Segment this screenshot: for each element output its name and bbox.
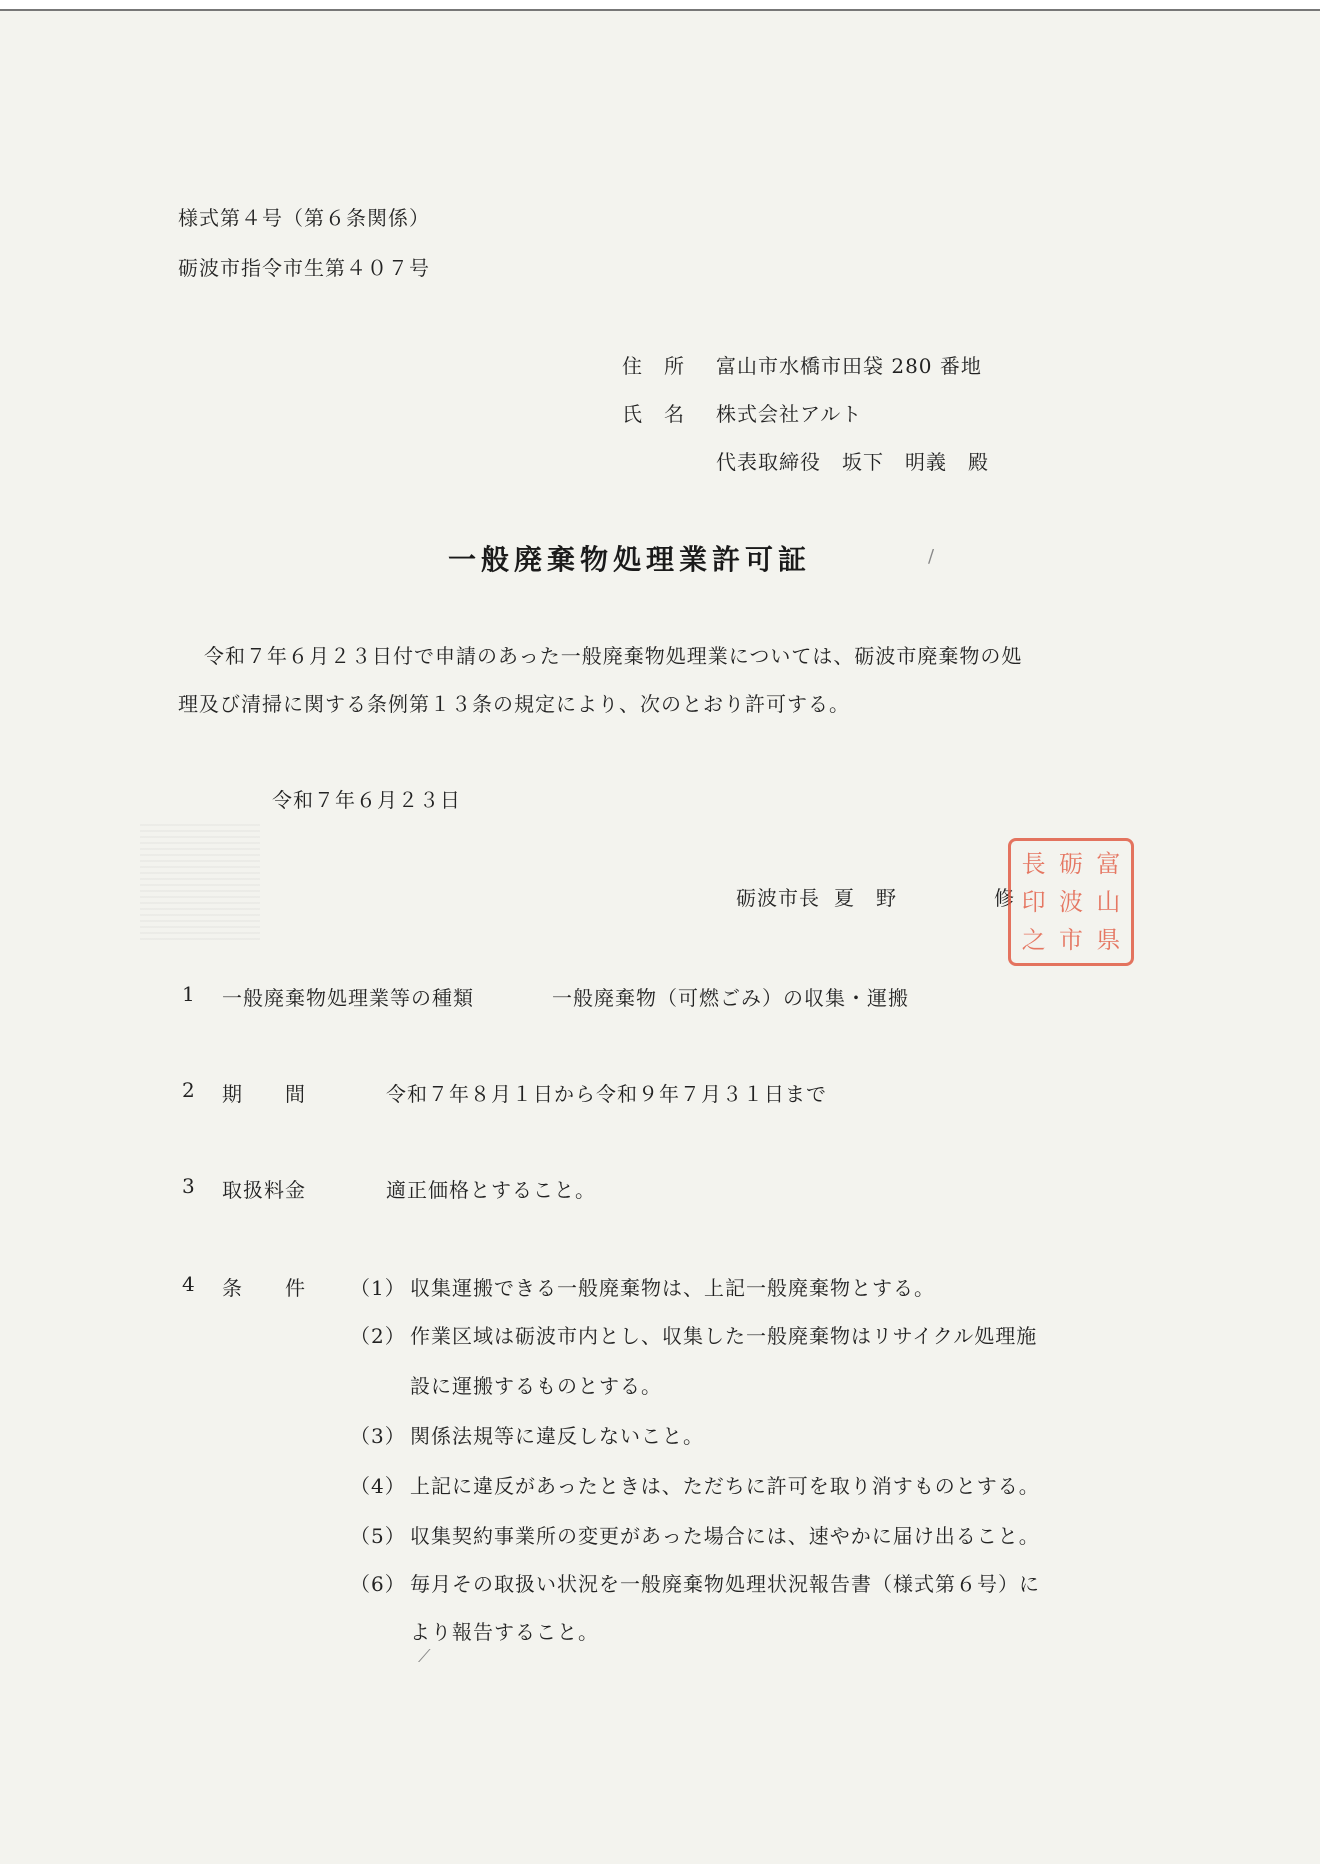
item-label: 一般廃棄物処理業等の種類 — [222, 982, 474, 1011]
address-label: 住 所 — [622, 350, 685, 379]
faded-scan-artifact — [140, 820, 260, 940]
condition-text: 作業区域は砺波市内とし、収集した一般廃棄物はリサイクル処理施 — [410, 1320, 1037, 1349]
body-line-2: 理及び清掃に関する条例第１３条の規定により、次のとおり許可する。 — [178, 688, 850, 717]
item-label: 条 件 — [222, 1272, 306, 1301]
seal-char: 印 — [1015, 883, 1052, 921]
pen-mark: ⟋ — [418, 1646, 431, 1667]
item-number: 4 — [182, 1272, 196, 1296]
condition-text: 上記に違反があったときは、ただちに許可を取り消すものとする。 — [410, 1470, 1040, 1499]
address-value: 富山市水橋市田袋 280 番地 — [716, 350, 982, 379]
item-value: 適正価格とすること。 — [386, 1174, 596, 1203]
seal-char: 市 — [1052, 921, 1089, 959]
condition-number: （1） — [350, 1272, 406, 1301]
pen-mark: / — [928, 546, 934, 567]
condition-number: （5） — [350, 1520, 406, 1549]
condition-text: 収集契約事業所の変更があった場合には、速やかに届け出ること。 — [410, 1520, 1040, 1549]
document-title: 一般廃棄物処理業許可証 — [448, 538, 811, 578]
seal-char: 県 — [1090, 921, 1127, 959]
condition-number: （6） — [350, 1568, 406, 1597]
item-label: 期 間 — [222, 1078, 306, 1107]
item-number: 3 — [182, 1174, 196, 1198]
condition-text: 関係法規等に違反しないこと。 — [410, 1420, 704, 1449]
item-value: 一般廃棄物（可燃ごみ）の収集・運搬 — [552, 982, 909, 1011]
condition-text-continued: より報告すること。 — [410, 1616, 599, 1645]
seal-char: 之 — [1015, 921, 1052, 959]
condition-number: （3） — [350, 1420, 406, 1449]
condition-text-continued: 設に運搬するものとする。 — [410, 1370, 662, 1399]
official-seal-stamp: 長 砺 富 印 波 山 之 市 県 — [1008, 838, 1134, 966]
issue-date: 令和７年６月２３日 — [272, 784, 461, 813]
condition-text: 毎月その取扱い状況を一般廃棄物処理状況報告書（様式第６号）に — [410, 1568, 1040, 1597]
item-number: 2 — [182, 1078, 196, 1102]
seal-char: 長 — [1015, 845, 1052, 883]
representative-name: 代表取締役 坂下 明義 殿 — [716, 446, 989, 475]
condition-number: （2） — [350, 1320, 406, 1349]
company-name: 株式会社アルト — [716, 398, 862, 427]
issuer-surname: 夏 野 — [834, 882, 897, 911]
condition-text: 収集運搬できる一般廃棄物は、上記一般廃棄物とする。 — [410, 1272, 935, 1301]
seal-char: 波 — [1052, 883, 1089, 921]
scan-top-edge — [0, 0, 1320, 11]
body-line-1: 令和７年６月２３日付で申請のあった一般廃棄物処理業については、砺波市廃棄物の処 — [204, 640, 1022, 669]
form-number: 様式第４号（第６条関係） — [178, 202, 430, 231]
item-number: 1 — [182, 982, 196, 1006]
name-label: 氏 名 — [622, 398, 685, 427]
item-label: 取扱料金 — [222, 1174, 306, 1203]
reference-number: 砺波市指令市生第４０７号 — [178, 252, 430, 281]
condition-number: （4） — [350, 1470, 406, 1499]
seal-char: 富 — [1090, 845, 1127, 883]
issuer-title: 砺波市長 — [736, 882, 820, 911]
seal-char: 山 — [1090, 883, 1127, 921]
item-value: 令和７年８月１日から令和９年７月３１日まで — [386, 1078, 827, 1107]
seal-char: 砺 — [1052, 845, 1089, 883]
